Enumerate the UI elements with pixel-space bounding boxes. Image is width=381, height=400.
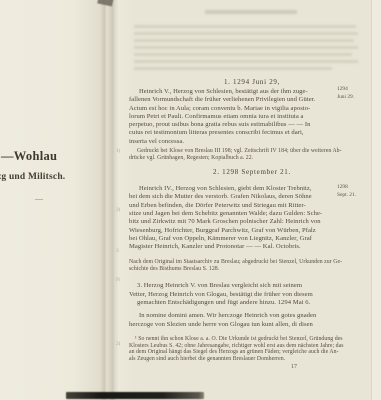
footnote-line: Klosters Leubus S. 42; ohne Jahresangabe… [129,343,361,350]
margin-mark: 3 [116,248,119,254]
right-page-edge [371,0,381,400]
ghost-text-line [134,60,358,63]
entry1-margin-year: 1294 [337,86,354,94]
margin-mark: 2( [116,207,121,213]
book-gutter [104,0,118,400]
entry1-body-line: fallenen Vormundschaft die früher verlie… [129,96,335,104]
footnote-line: ¹ So nennt ihn schon Klose a. a. O. Die … [129,336,361,343]
entry2-margin-day: Sept. 21. [337,192,356,200]
left-page-fragment-title: —Wohlau [1,149,57,164]
margin-mark: 1( [116,148,121,154]
entry2-body-line: Heinrich IV., Herzog von Schlesien, gieb… [129,185,345,193]
ghost-text-line [134,39,354,42]
page-number: 17 [291,364,297,370]
ghost-text-line [134,32,358,35]
entry2-source-line: schichte des Bisthums Breslau S. 128. [129,266,361,273]
ghost-running-head [205,10,297,14]
entry2-body-line: Magister Heinrich, Kanzler und Protonota… [129,243,335,251]
entry1-body-line: Heinrich V., Herzog von Schlesien, bestä… [129,88,345,96]
entry2-body-line: bei Ohlau, Graf von Oppeln, Kämmerer von… [129,235,335,243]
entry3-charter-line: In nomine domini amen. Wir herczoge Hein… [129,312,345,320]
entry2-source-line: Nach dem Original im Staatsarchiv zu Bre… [129,259,361,266]
entry1-source-line: drücke vgl. Grünhagen, Regesten; Kopialb… [129,155,361,162]
left-page-edge [0,0,104,400]
entry3-summary-line: Vetter, Herzog Heinrich von Glogau, best… [129,291,335,299]
entry1-body-line: Actum est hoc in Aula; coram conventu b.… [129,105,335,113]
entry3-summary-line: gemachten Entschädigungen und fügt ander… [129,299,343,307]
entry1-body-line: inserta vel concessa. [129,138,335,146]
entry3-charter-line: herczoge von Slezien unde herre von Glog… [129,321,335,329]
entry2-heading: 2. 1298 September 21. [129,168,355,177]
entry1-heading: 1. 1294 Juni 29, [129,78,355,87]
entry2-body-line: bei dem sich die Mutter des verstorb. Gr… [129,193,335,201]
entry1-body-line: perpetuo, prout usibus bona gratia rebus… [129,121,335,129]
ghost-text-line [134,53,352,56]
footnote-line: an dem Original hängt das Siegel des Her… [129,349,361,356]
footnote-line: als Zeugen sind auch hierbei die genannt… [129,356,361,363]
left-page-separator-dash: — [35,194,43,203]
entry2-body-line: sitze und Jagen bei dem Schebitz genannt… [129,210,335,218]
entry2-margin-year: 1298 [337,184,356,192]
entry1-margin-date: 1294 Juni 29. [337,86,354,101]
entry2-margin-date: 1298 Sept. 21. [337,184,356,199]
ghost-text-line [134,46,358,49]
entry2-body-line: bitz und Zirkwitz mit 70 Mark Groschen p… [129,218,335,226]
entry2-body-line: Wiesenburg, Hofrichter, Burggraf Parchwi… [129,227,335,235]
ghost-text-line [134,67,332,70]
margin-mark: 2( [116,341,121,347]
ghost-text-line [134,25,356,28]
left-page-fragment-subtitle: zg und Militsch. [0,172,65,182]
entry1-margin-day: Juni 29. [337,94,354,102]
entry1-source-line: Gedruckt bei Klose von Breslau III 198; … [129,148,361,155]
entry1-body-line: cuius rei testimonium litteras presentes… [129,129,335,137]
book-bottom-edge-shadow [66,392,204,399]
entry3-summary-line: 3. Herzog Heinrich V. von Breslau vergle… [129,282,343,290]
entry2-body-line: und Erben befinden, die Dörfer Peterwitz… [129,202,335,210]
margin-mark: N [116,277,120,283]
entry1-body-line: lorum Petri et Pauli. Confirmamus etiam … [129,113,335,121]
text-column: 1. 1294 Juni 29, Heinrich V., Herzog von… [129,78,361,362]
